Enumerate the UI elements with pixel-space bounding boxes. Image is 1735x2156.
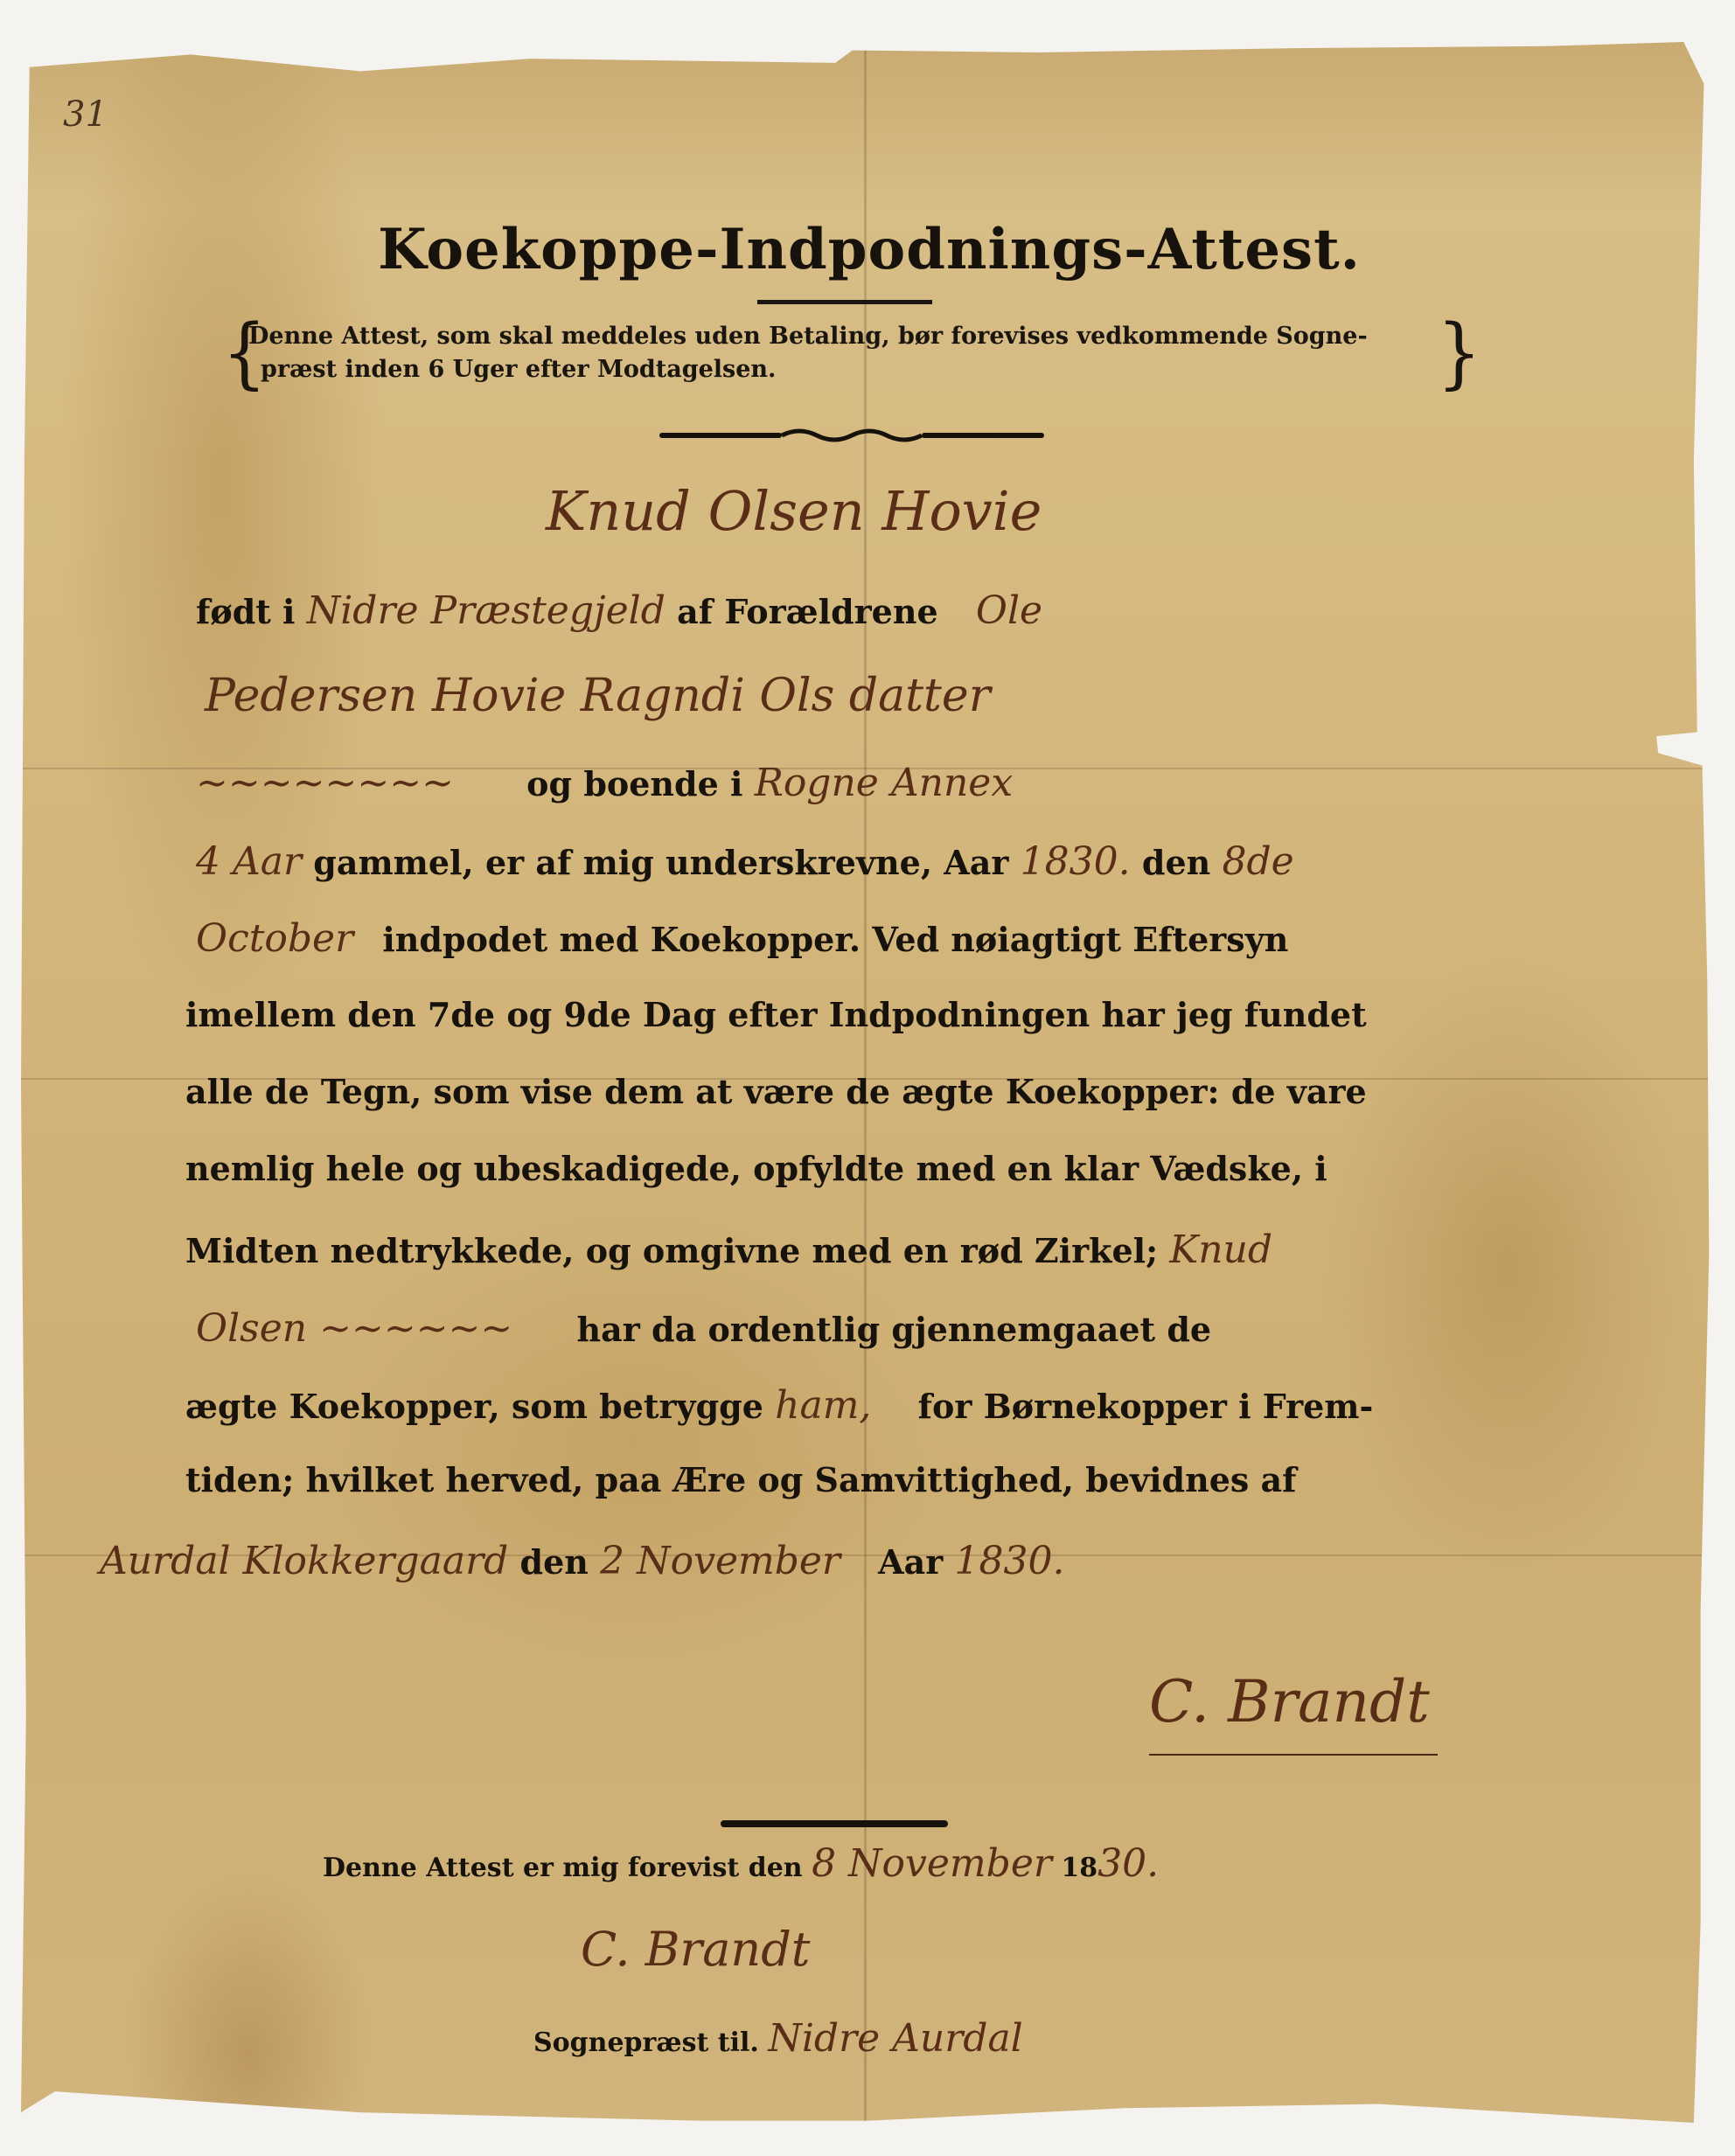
line-vaccinated: October indpodet med Koekopper. Ved nøia… — [196, 916, 1288, 961]
printed-text: for Børnekopper i Frem- — [918, 1387, 1374, 1426]
line-aegte: ægte Koekopper, som betrygge ham, for Bø… — [185, 1383, 1373, 1428]
handwritten-year: 1830. — [1021, 839, 1131, 884]
handwritten-residence: Rogne Annex — [755, 761, 1013, 805]
priest-signature: C. Brandt — [581, 1922, 810, 1977]
handwritten-date: 8 November — [812, 1841, 1052, 1886]
title-rule — [757, 300, 932, 304]
notice-line-2: præst inden 6 Uger efter Modtagelsen. — [248, 353, 1455, 386]
signature-underline — [1149, 1754, 1438, 1756]
line-place-date: Aurdal Klokkergaard den 2 November Aar 1… — [100, 1539, 1065, 1583]
vaccinated-name: Knud Olsen Hovie — [546, 479, 1042, 543]
handwritten-parents: Pedersen Hovie Ragndi Ols datter — [205, 670, 991, 722]
printed-text: ægte Koekopper, som betrygge — [185, 1387, 763, 1426]
right-brace-icon: } — [1437, 313, 1481, 393]
line-printed: imellem den 7de og 9de Dag efter Indpodn… — [185, 995, 1367, 1034]
handwritten-month: October — [196, 916, 353, 961]
printed-text: gammel, er af mig underskrevne, Aar — [313, 843, 1008, 882]
certificate-paper: 31 Koekoppe-Indpodnings-Attest. { Denne … — [21, 42, 1718, 2133]
handwritten-day: 8de — [1222, 839, 1293, 884]
handwritten-year: 30. — [1097, 1841, 1159, 1886]
printed-text: og boende i — [526, 764, 742, 803]
handwritten-pronoun: ham, — [775, 1383, 871, 1428]
handwritten-age: 4 Aar — [196, 839, 302, 884]
printed-text: af Forældrene — [677, 592, 938, 631]
document-title: Koekoppe-Indpodnings-Attest. — [21, 217, 1718, 282]
line-printed: tiden; hvilket herved, paa Ære og Samvit… — [185, 1460, 1296, 1499]
handwritten-place: Nidre Præstegjeld — [307, 588, 665, 633]
line-born: født i Nidre Præstegjeld af Forældrene O… — [196, 588, 1042, 633]
line-olsen: Olsen ~~~~~~ har da ordentlig gjennemgaa… — [196, 1306, 1211, 1351]
printed-text: indpodet med Koekopper. Ved nøiagtigt Ef… — [382, 920, 1288, 959]
printed-text: Denne Attest er mig forevist den — [323, 1853, 803, 1883]
printed-text: født i — [196, 592, 295, 631]
doctor-signature: C. Brandt — [1149, 1668, 1430, 1735]
handwritten-year: 1830. — [955, 1539, 1065, 1583]
line-residence: ~~~~~~~~ og boende i Rogne Annex — [196, 761, 1013, 805]
notice-line-1: Denne Attest, som skal meddeles uden Bet… — [248, 320, 1455, 353]
printed-text: den — [520, 1542, 589, 1582]
printed-text: den — [1142, 843, 1210, 882]
left-brace-icon: { — [222, 313, 267, 393]
line-presented: Denne Attest er mig forevist den 8 Novem… — [323, 1841, 1159, 1886]
line-age: 4 Aar gammel, er af mig underskrevne, Aa… — [196, 839, 1294, 884]
printed-text: Sognepræst til. — [533, 2027, 759, 2058]
handwritten-parish: Nidre Aurdal — [768, 2016, 1022, 2061]
handwritten-date: 2 November — [600, 1539, 840, 1583]
notice-block: { Denne Attest, som skal meddeles uden B… — [222, 320, 1481, 386]
page-number: 31 — [63, 94, 108, 135]
ornament-divider-icon — [659, 428, 1044, 442]
handwritten-place: Aurdal Klokkergaard — [100, 1539, 508, 1583]
handwritten-name: Knud — [1169, 1228, 1272, 1272]
line-midten: Midten nedtrykkede, og omgivne med en rø… — [185, 1228, 1272, 1272]
printed-text: Aar — [878, 1542, 943, 1582]
handwritten-father: Ole — [976, 588, 1042, 633]
handwritten-filler: ~~~~~~~~ — [196, 761, 454, 805]
printed-text: Midten nedtrykkede, og omgivne med en rø… — [185, 1231, 1158, 1270]
printed-text: har da ordentlig gjennemgaaet de — [577, 1310, 1212, 1349]
bottom-rule — [721, 1820, 948, 1827]
printed-year-prefix: 18 — [1061, 1853, 1097, 1883]
line-printed: alle de Tegn, som vise dem at være de æg… — [185, 1072, 1367, 1111]
line-priest: Sognepræst til. Nidre Aurdal — [533, 2016, 1023, 2061]
line-printed: nemlig hele og ubeskadigede, opfyldte me… — [185, 1149, 1327, 1188]
handwritten-surname: Olsen ~~~~~~ — [196, 1306, 512, 1351]
